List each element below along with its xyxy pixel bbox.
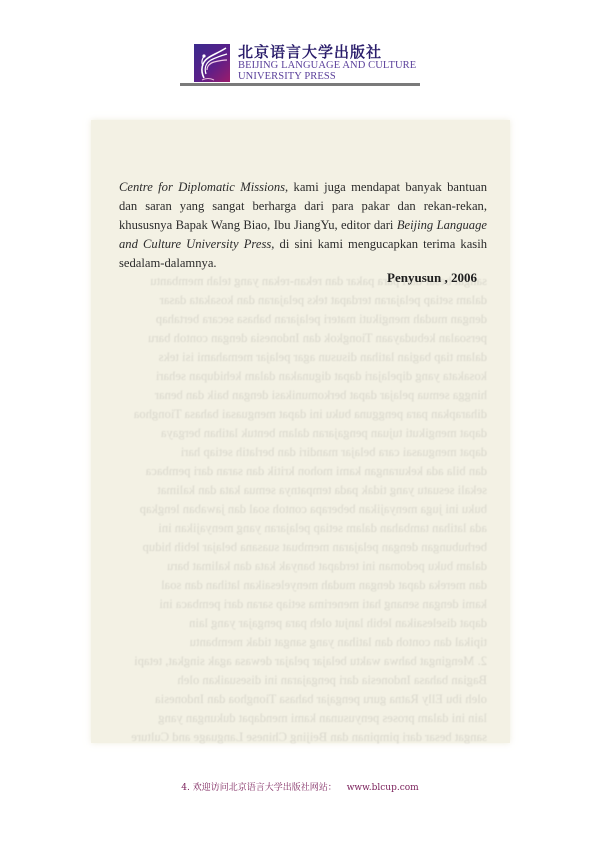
publisher-name-english-line2: UNIVERSITY PRESS bbox=[238, 71, 336, 82]
publisher-name-english-line1: BEIJING LANGUAGE AND CULTURE bbox=[238, 60, 416, 71]
author-signature: Penyusun , 2006 bbox=[387, 270, 477, 286]
scanned-page: sangat besar dari para pakar dan rekan-r… bbox=[91, 120, 510, 743]
institution-name: Centre for Diplomatic Missions bbox=[119, 180, 285, 194]
acknowledgement-paragraph: Centre for Diplomatic Missions, kami jug… bbox=[119, 178, 487, 273]
show-through-text: sangat besar dari para pakar dan rekan-r… bbox=[119, 272, 487, 747]
page-footer: 4. 欢迎访问北京语言大学出版社网站：www.blcup.com bbox=[0, 780, 600, 793]
phoenix-logo-icon bbox=[194, 44, 230, 82]
footer-website-link[interactable]: www.blcup.com bbox=[347, 783, 419, 793]
header-divider bbox=[180, 83, 420, 86]
publisher-name-chinese: 北京语言大学出版社 bbox=[238, 41, 382, 62]
footer-text: 4. 欢迎访问北京语言大学出版社网站： bbox=[181, 783, 336, 793]
publisher-header: 北京语言大学出版社 BEIJING LANGUAGE AND CULTURE U… bbox=[180, 38, 420, 84]
